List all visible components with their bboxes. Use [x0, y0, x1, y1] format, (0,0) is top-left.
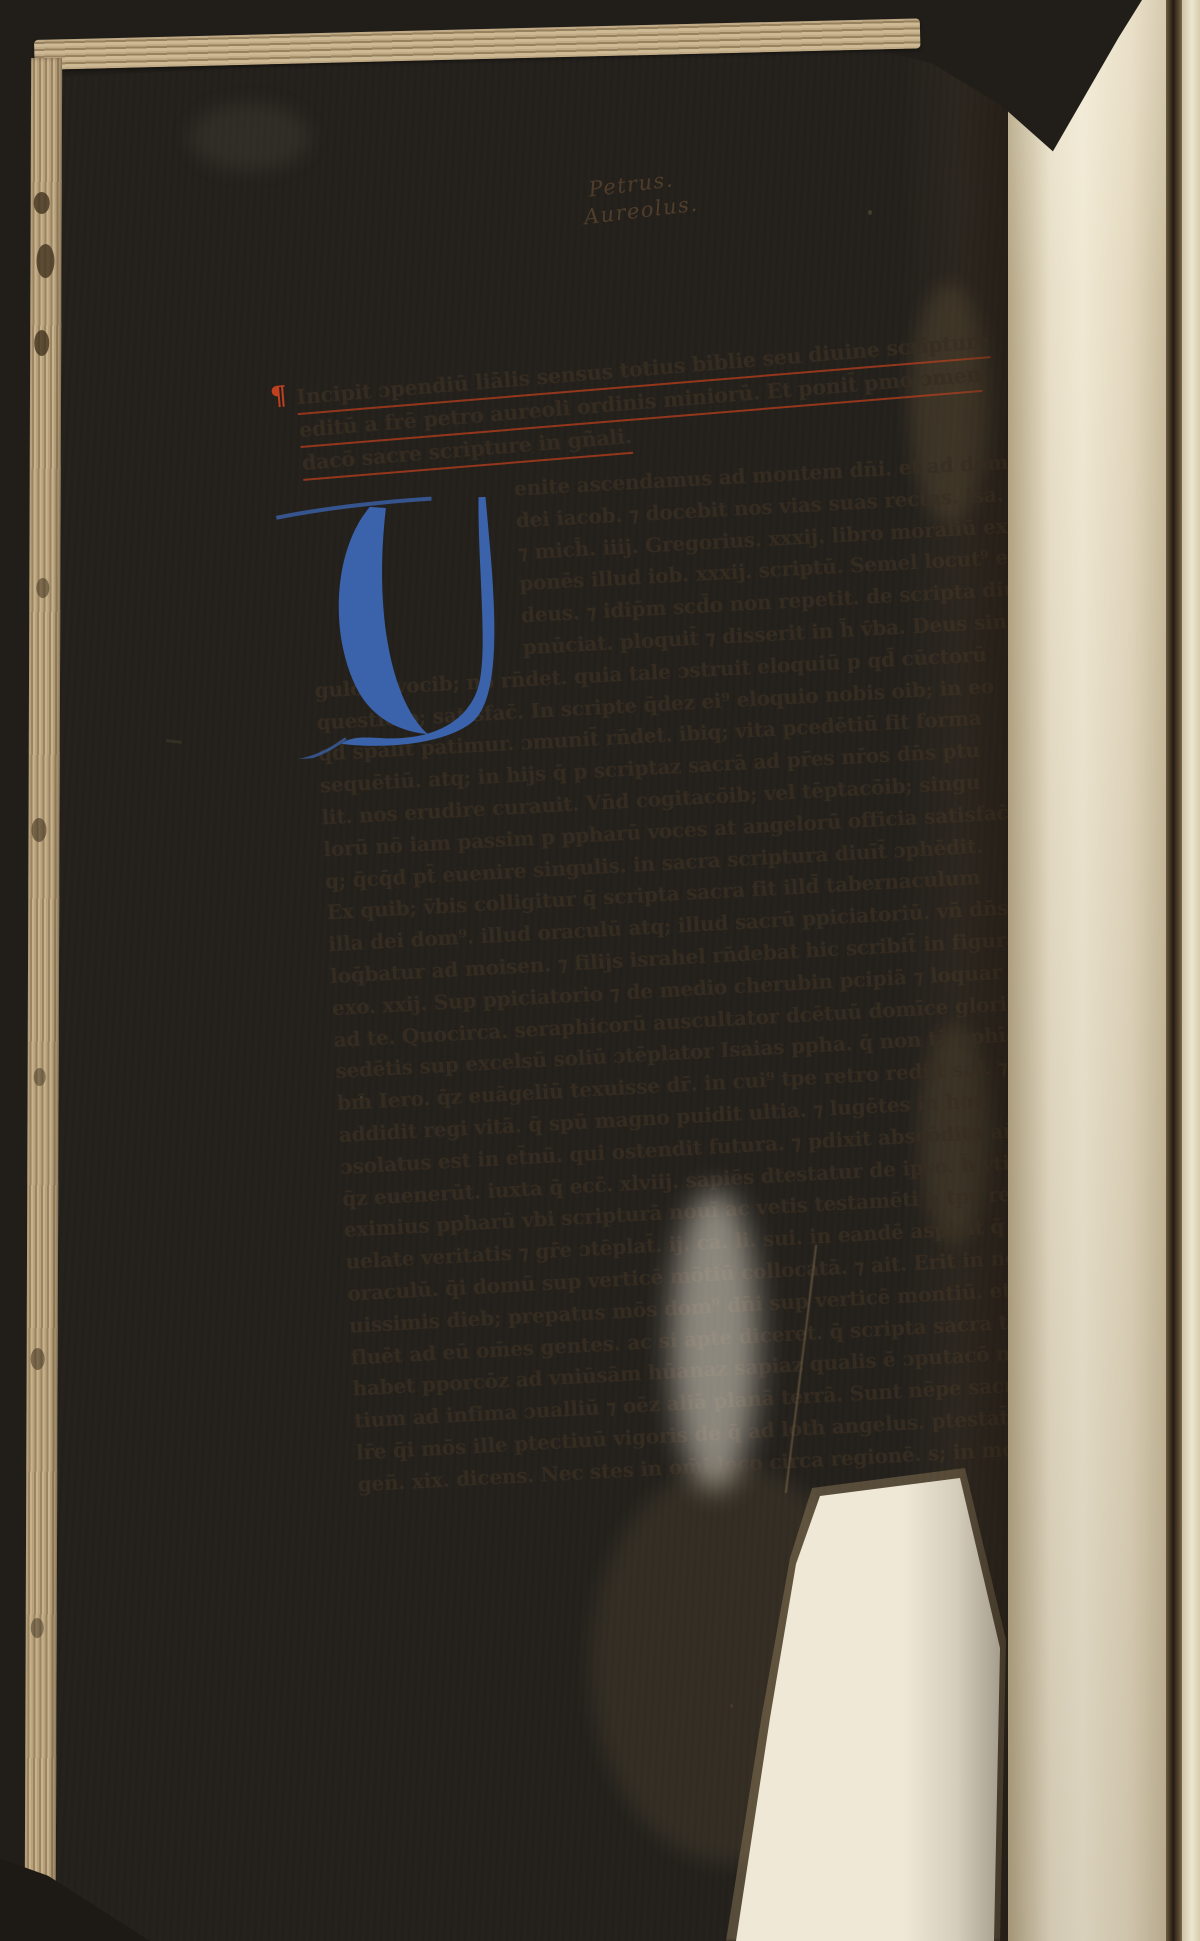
- edge-stain: [34, 192, 50, 214]
- leaf-gutter: [1166, 0, 1182, 1941]
- edge-stain: [31, 1618, 44, 1638]
- book-left-edges: [25, 58, 62, 1882]
- initial-letter-glyph: [273, 488, 506, 759]
- stain: [190, 104, 310, 170]
- edge-stain: [34, 330, 49, 356]
- photograph-background: Petrus.Aureolus. ¶ Incipit ɔpendiū liāli…: [0, 0, 1200, 1941]
- edge-stain: [36, 244, 54, 278]
- edge-stain: [36, 578, 49, 598]
- edge-stain: [31, 1348, 45, 1370]
- paragraph-mark: ¶: [269, 381, 288, 412]
- page-curve-shadow: [903, 0, 1010, 1941]
- water-stain: [672, 1190, 758, 1490]
- edge-stain: [31, 818, 46, 842]
- speck: [868, 210, 872, 215]
- speck: [730, 1704, 733, 1708]
- adjacent-leaf-edge: [1182, 0, 1200, 1941]
- edge-stain: [34, 1068, 46, 1086]
- illuminated-initial-U: [273, 488, 506, 759]
- curled-page-edge: [1008, 0, 1170, 1941]
